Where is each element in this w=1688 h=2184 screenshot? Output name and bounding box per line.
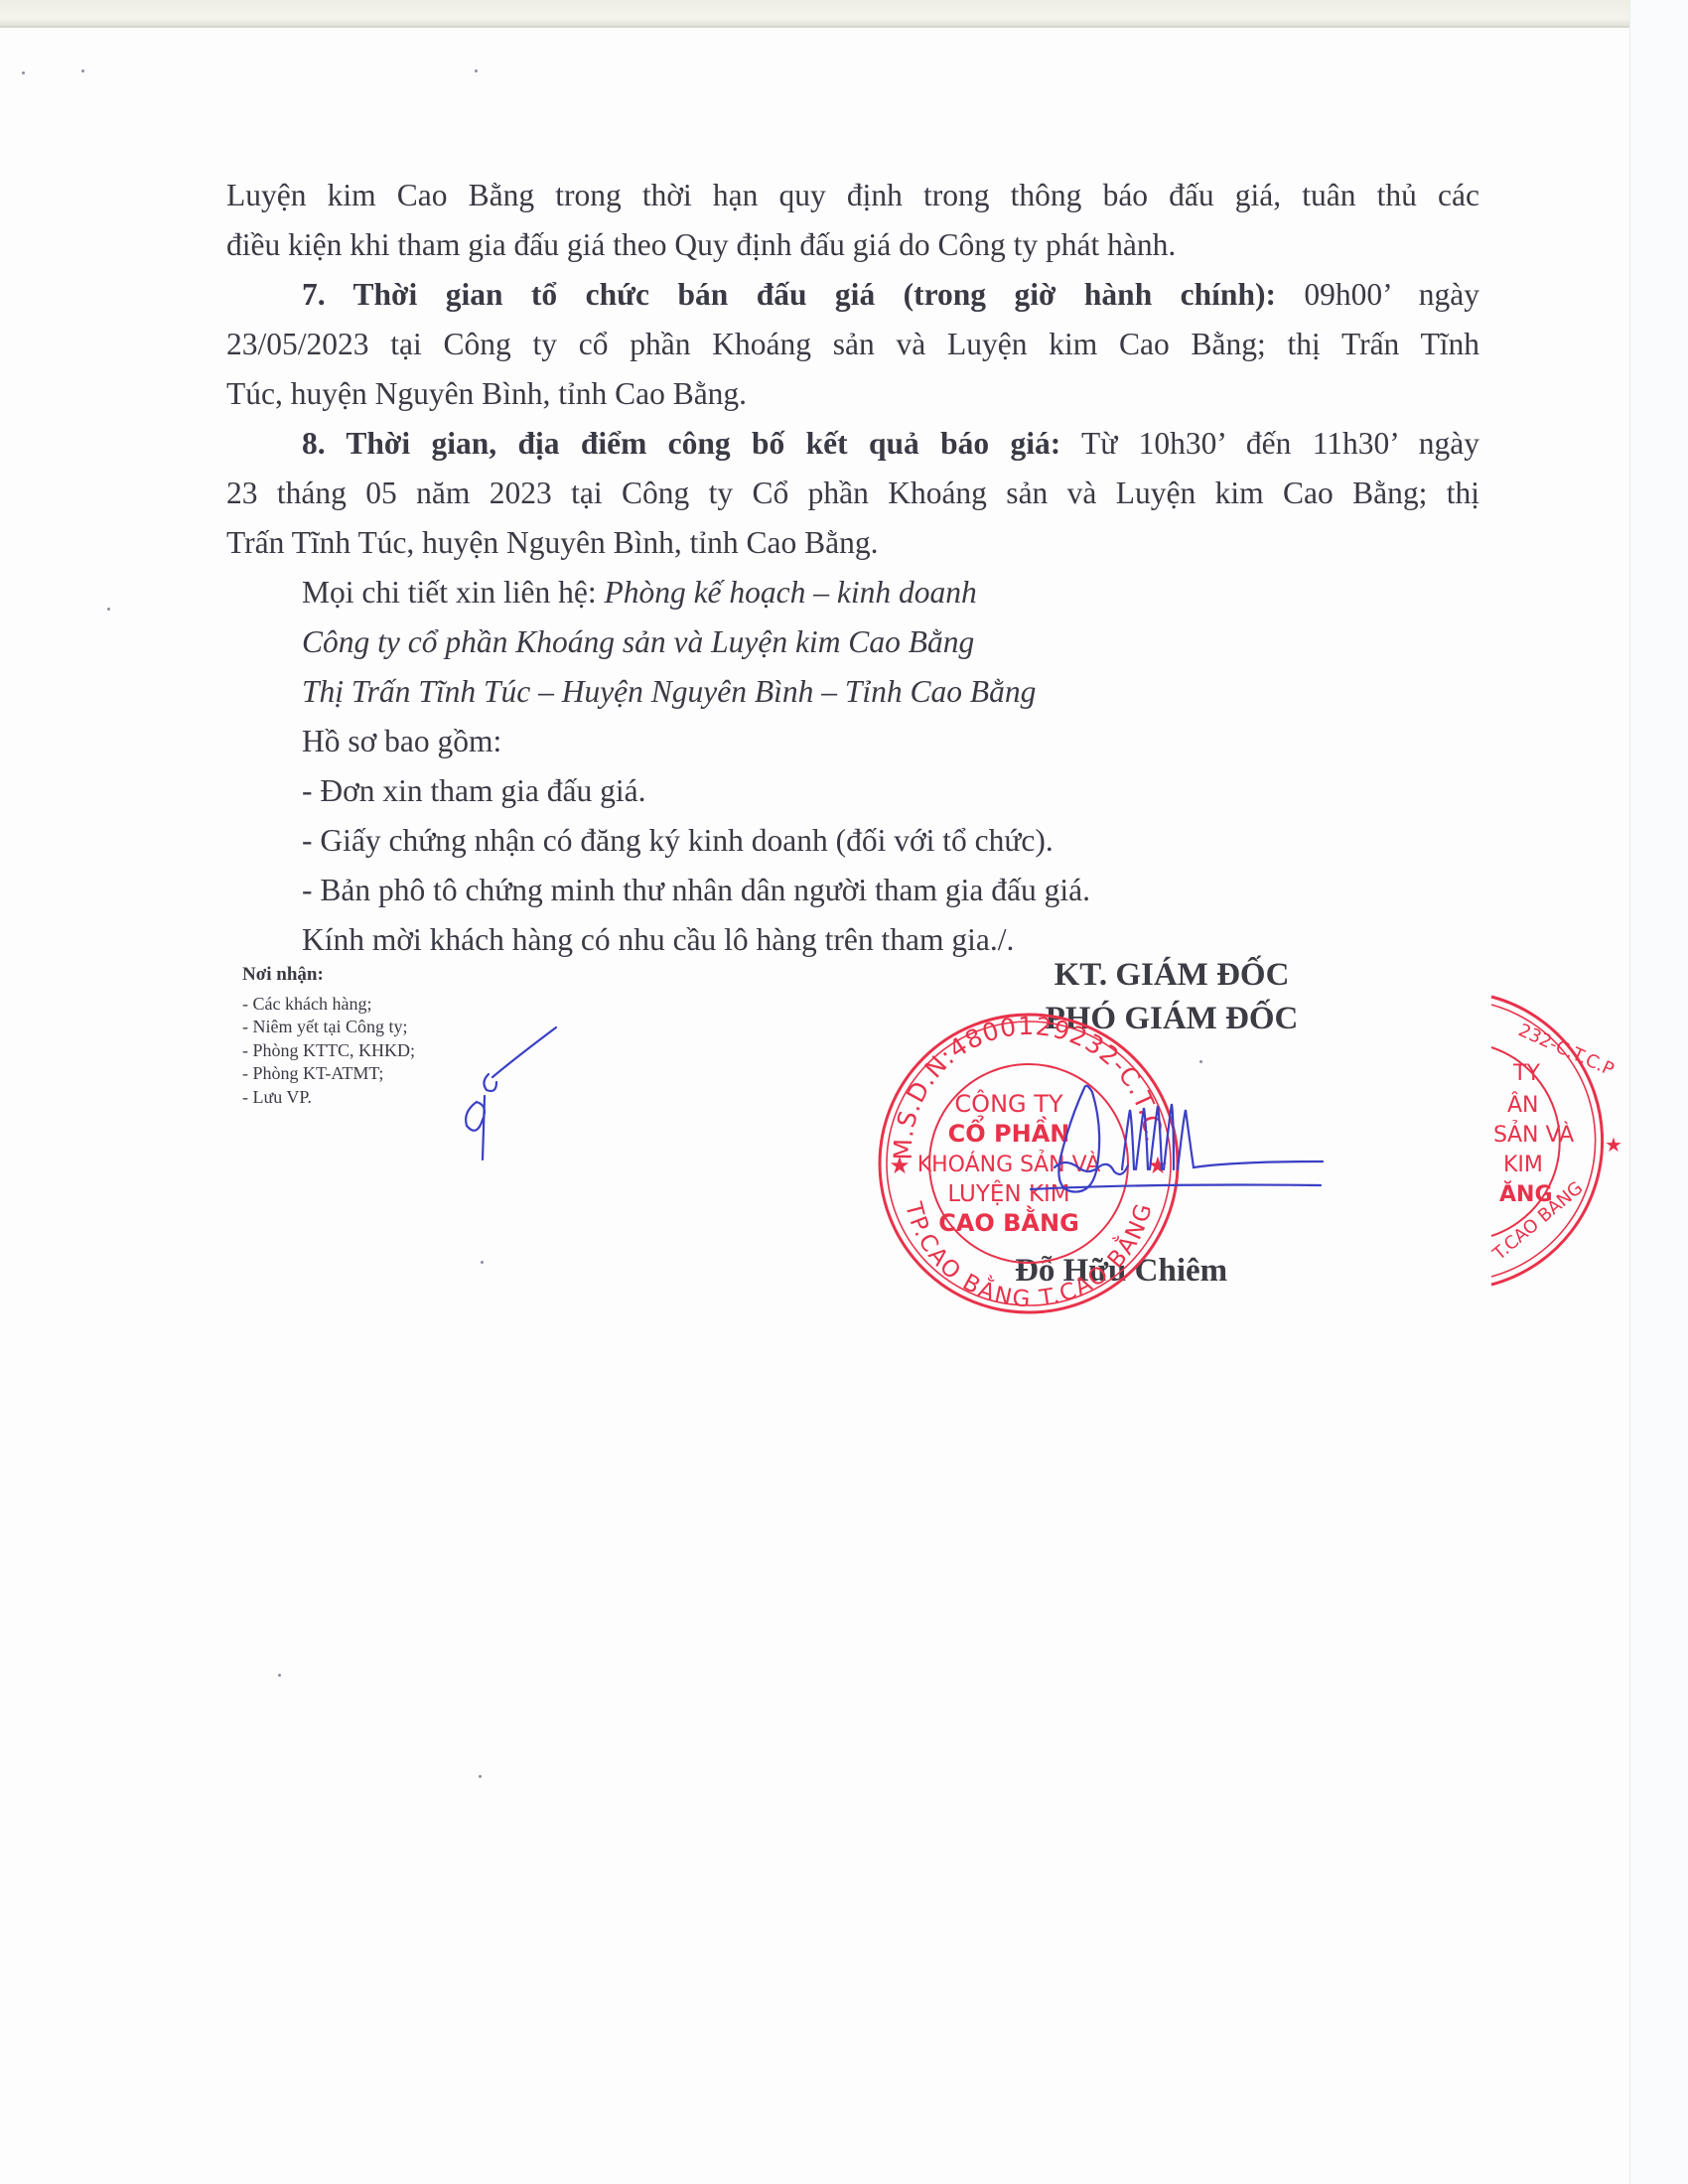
svg-text:SẢN VÀ: SẢN VÀ [1493,1121,1574,1148]
svg-text:LUYỆN KIM: LUYỆN KIM [947,1179,1069,1207]
stamp-and-signatures: M.S.D.N:4800129232-C.T.C.P TP.CAO BẰNG T… [0,0,1688,2184]
svg-text:CAO BẰNG: CAO BẰNG [938,1204,1079,1237]
svg-text:CỔ PHẦN: CỔ PHẦN [948,1113,1070,1148]
partial-seal-icon: TY ÂN SẢN VÀ KIM ĂNG 232-C.T.C.P ★ T.CAO… [1488,997,1622,1285]
svg-text:TY: TY [1512,1061,1540,1086]
svg-text:★: ★ [1605,1133,1622,1157]
svg-text:KIM: KIM [1503,1153,1543,1177]
svg-text:M.S.D.N:4800129232-C.T.C.P: M.S.D.N:4800129232-C.T.C.P [0,0,1169,1160]
svg-text:★: ★ [889,1152,911,1179]
initials-signature-icon [466,1027,556,1160]
svg-text:CÔNG TY: CÔNG TY [954,1088,1062,1118]
company-seal-icon: M.S.D.N:4800129232-C.T.C.P TP.CAO BẰNG T… [0,0,1178,1312]
svg-text:ÂN: ÂN [1507,1092,1539,1118]
